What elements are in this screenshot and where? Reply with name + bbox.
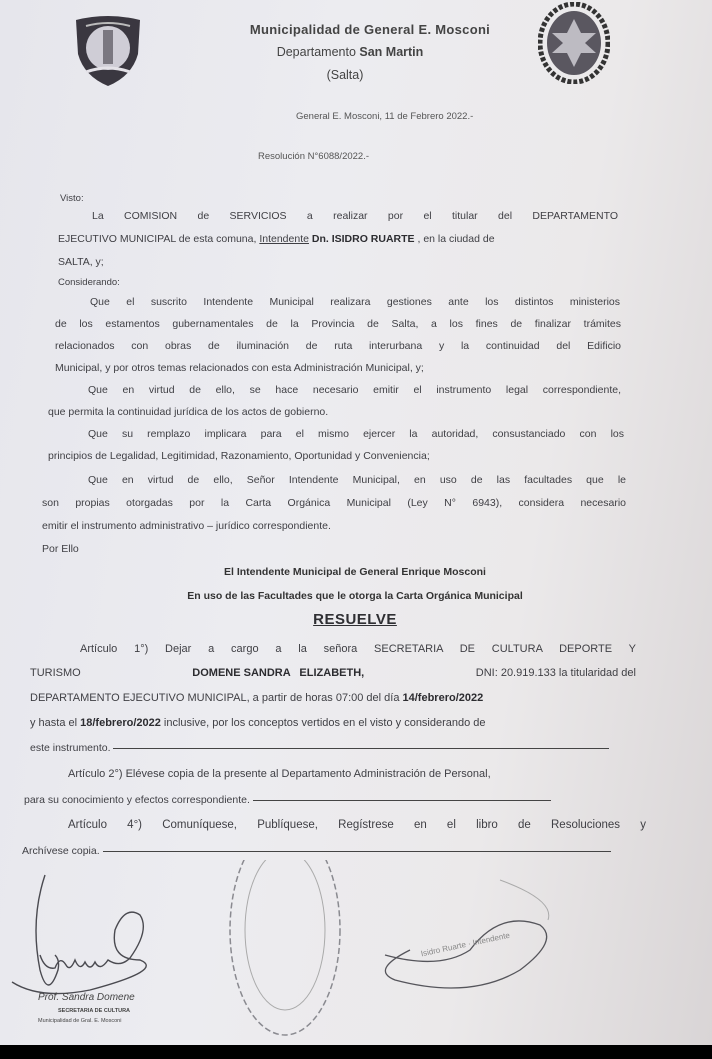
article-4-line-1: Artículo 4°) Comuníquese, Publíquese, Re…: [68, 819, 646, 831]
considerando-heading: Considerando:: [58, 277, 120, 288]
dateline: General E. Mosconi, 11 de Febrero 2022.-: [296, 111, 473, 122]
header-department: Departamento San Martin: [160, 45, 540, 59]
considerando-p4-l1: Que en virtud de ello, Señor Intendente …: [88, 474, 626, 486]
header-municipality: Municipalidad de General E. Mosconi: [180, 22, 560, 37]
considerando-p1-l1: Que el suscrito Intendente Municipal rea…: [90, 296, 620, 308]
article-4-line-2: Archívese copia.: [22, 845, 611, 857]
authority-line-2: En uso de las Facultades que le otorga l…: [60, 590, 650, 602]
considerando-p1-l2: de los estamentos gubernamentales de la …: [55, 318, 621, 330]
article-1-line-5: este instrumento.: [30, 742, 609, 754]
article-1-line-1: Artículo 1°) Dejar a cargo a la señora S…: [80, 643, 636, 655]
fill-rule: [253, 800, 551, 801]
authority-line-1: El Intendente Municipal de General Enriq…: [60, 566, 650, 578]
article-1-turismo: TURISMO: [30, 667, 81, 679]
signatory-org: Municipalidad de Gral. E. Mosconi: [38, 1018, 121, 1024]
article-4-line-2-text: Archívese copia.: [22, 845, 100, 857]
article-1-line-3: DEPARTAMENTO EJECUTIVO MUNICIPAL, a part…: [30, 692, 483, 704]
header-department-prefix: Departamento: [277, 45, 360, 59]
considerando-p2-l1: Que en virtud de ello, se hace necesario…: [88, 384, 621, 396]
document-page: Municipalidad de General E. Mosconi Depa…: [0, 0, 712, 1045]
article-1-line-4-text: y hasta el: [30, 717, 80, 729]
header-province: (Salta): [155, 68, 535, 82]
article-2-line-2-text: para su conocimiento y efectos correspon…: [24, 794, 250, 806]
article-1-line-4-end: inclusive, por los conceptos vertidos en…: [161, 717, 486, 729]
article-1-line-3-text: DEPARTAMENTO EJECUTIVO MUNICIPAL, a part…: [30, 692, 403, 704]
por-ello: Por Ello: [42, 543, 79, 555]
considerando-p4-l2: son propias otorgadas por la Carta Orgán…: [42, 497, 626, 509]
article-1-end-date: 18/febrero/2022: [80, 717, 161, 729]
article-2-line-2: para su conocimiento y efectos correspon…: [24, 794, 551, 806]
considerando-p4-l3: emitir el instrumento administrativo – j…: [42, 520, 331, 532]
article-2-line-1: Artículo 2°) Elévese copia de la present…: [68, 768, 491, 780]
considerando-p2-l2: que permita la continuidad jurídica de l…: [48, 406, 328, 418]
article-1-start-date: 14/febrero/2022: [403, 692, 484, 704]
considerando-p1-l3: relacionados con obras de iluminación de…: [55, 340, 621, 352]
signatory-title: SECRETARIA DE CULTURA: [58, 1008, 130, 1014]
header-department-name: San Martin: [359, 45, 423, 59]
fill-rule: [103, 851, 611, 852]
article-1-line-5-text: este instrumento.: [30, 742, 111, 754]
article-1-line-2: TURISMO DOMENE SANDRA ELIZABETH, DNI: 20…: [30, 667, 636, 679]
visto-line-1: La COMISION de SERVICIOS a realizar por …: [92, 210, 618, 222]
article-1-line-4: y hasta el 18/febrero/2022 inclusive, po…: [30, 717, 486, 729]
article-1-dni: DNI: 20.919.133 la titularidad del: [476, 667, 636, 679]
visto-line-2: EJECUTIVO MUNICIPAL de esta comuna, Inte…: [58, 233, 618, 245]
star-seal-icon: [538, 2, 610, 84]
article-1-person-name: DOMENE SANDRA ELIZABETH,: [192, 667, 364, 679]
visto-line-3: SALTA, y;: [58, 256, 104, 268]
visto-line-2-end: , en la ciudad de: [415, 233, 495, 245]
resuelve-heading: RESUELVE: [60, 611, 650, 628]
resolution-number: Resolución N°6088/2022.-: [258, 151, 369, 162]
visto-intendente-name: Dn. ISIDRO RUARTE: [309, 233, 415, 245]
visto-line-2-text: EJECUTIVO MUNICIPAL de esta comuna,: [58, 233, 259, 245]
visto-heading: Visto:: [60, 193, 84, 204]
considerando-p3-l1: Que su remplazo implicara para el mismo …: [88, 428, 624, 440]
signatory-name: Prof. Sandra Domene: [38, 992, 135, 1003]
considerando-p3-l2: principios de Legalidad, Legitimidad, Ra…: [48, 450, 430, 462]
fill-rule: [113, 748, 609, 749]
considerando-p1-l4: Municipal, y por otros temas relacionado…: [55, 362, 424, 374]
visto-intendente: Intendente: [259, 233, 309, 245]
municipal-shield-icon: [72, 14, 144, 86]
